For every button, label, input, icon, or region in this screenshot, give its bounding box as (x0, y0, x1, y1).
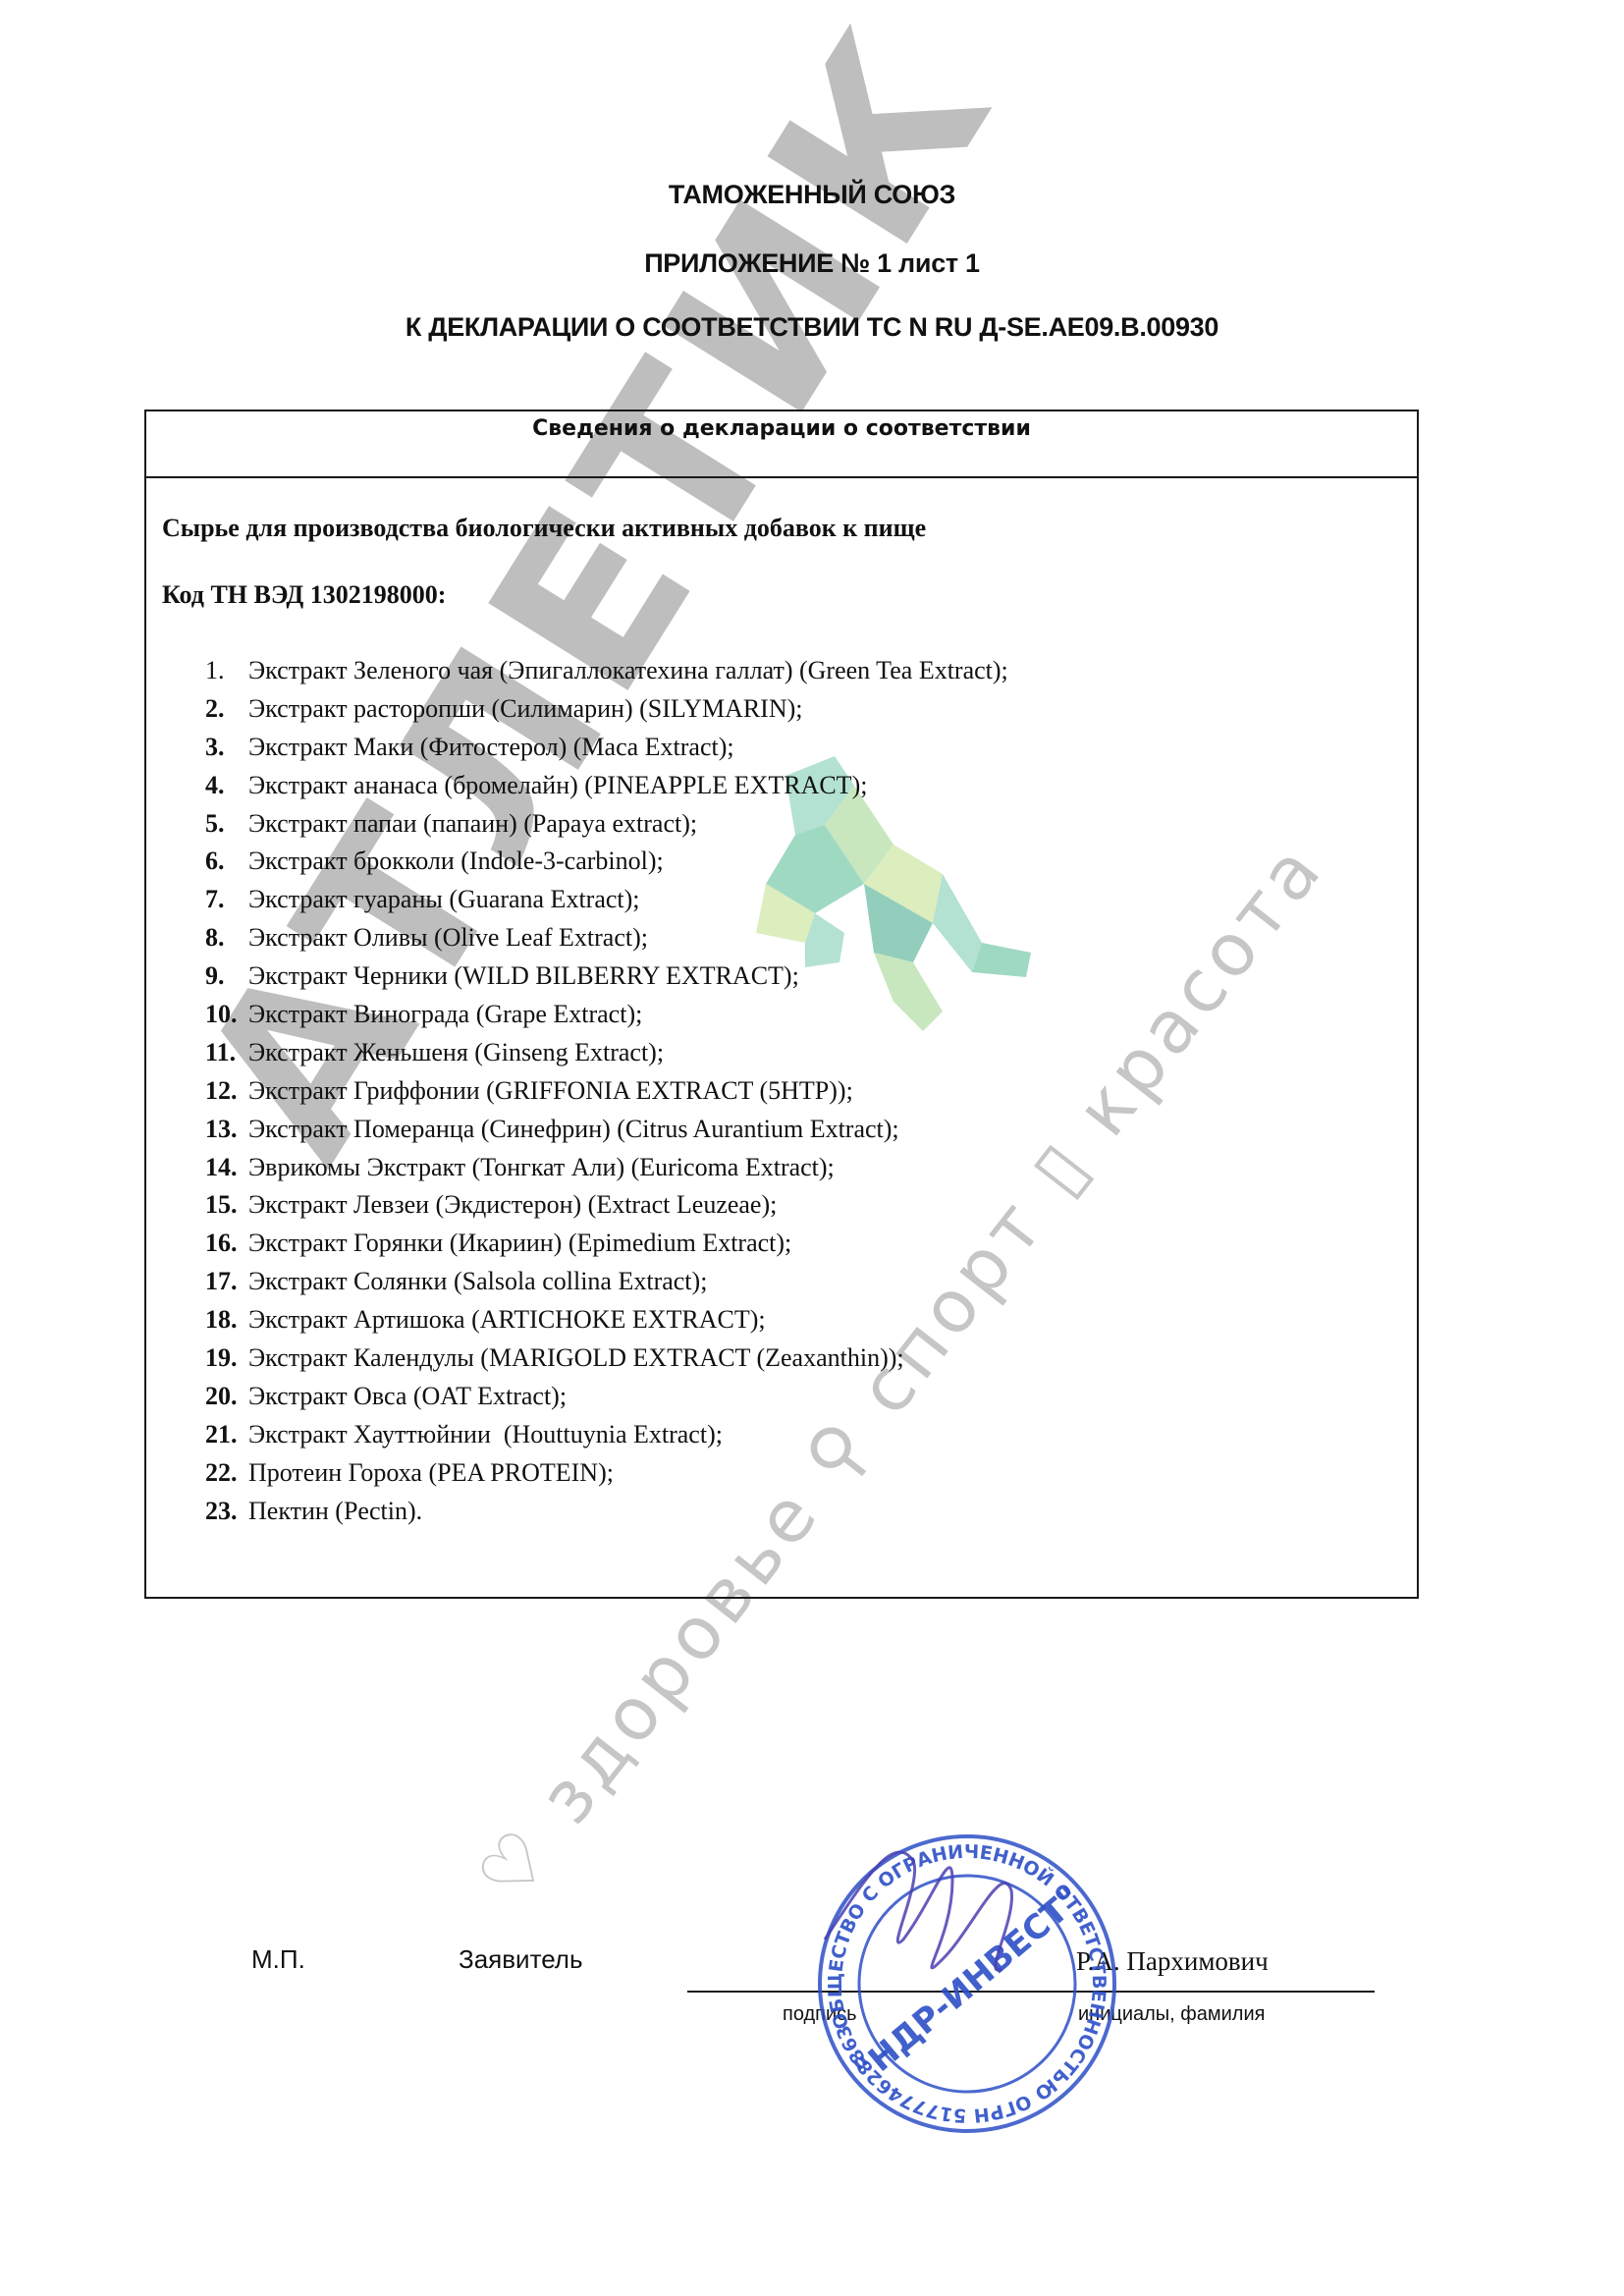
list-item: 2.Экстракт расторопши (Силимарин) (SILYM… (205, 690, 1008, 729)
item-text: Экстракт Гриффонии (GRIFFONIA EXTRACT (5… (248, 1076, 853, 1105)
item-text: Экстракт брокколи (Indole-3-carbinol); (248, 847, 664, 875)
item-number: 1. (205, 652, 248, 690)
item-number: 16. (205, 1225, 248, 1263)
declaration-info-box: Сведения о декларации о соответствии Сыр… (144, 410, 1419, 1599)
item-text: Экстракт Померанца (Синефрин) (Citrus Au… (248, 1115, 899, 1143)
list-item: 4.Экстракт ананаса (бромелайн) (PINEAPPL… (205, 767, 1008, 805)
item-number: 15. (205, 1186, 248, 1225)
list-item: 12.Экстракт Гриффонии (GRIFFONIA EXTRACT… (205, 1072, 1008, 1111)
signer-name: Р.А. Пархимович (1076, 1946, 1269, 1977)
list-item: 13.Экстракт Померанца (Синефрин) (Citrus… (205, 1111, 1008, 1149)
appendix-title: ПРИЛОЖЕНИЕ № 1 лист 1 (0, 248, 1624, 279)
item-number: 19. (205, 1339, 248, 1378)
list-item: 8.Экстракт Оливы (Olive Leaf Extract); (205, 919, 1008, 957)
item-number: 20. (205, 1378, 248, 1416)
item-number: 23. (205, 1493, 248, 1531)
list-item: 15.Экстракт Левзеи (Экдистерон) (Extract… (205, 1186, 1008, 1225)
list-item: 23.Пектин (Pectin). (205, 1493, 1008, 1531)
product-description: Сырье для производства биологически акти… (162, 514, 926, 543)
signature-line (687, 1991, 1375, 1993)
item-number: 14. (205, 1149, 248, 1187)
product-list: 1.Экстракт Зеленого чая (Эпигаллокатехин… (205, 652, 1008, 1530)
item-text: Экстракт ананаса (бромелайн) (PINEAPPLE … (248, 771, 867, 799)
item-text: Экстракт Левзеи (Экдистерон) (Extract Le… (248, 1190, 777, 1219)
item-text: Экстракт Овса (OAT Extract); (248, 1382, 567, 1410)
box-title: Сведения о декларации о соответствии (146, 411, 1417, 478)
item-text: Экстракт Винограда (Grape Extract); (248, 1000, 642, 1028)
item-text: Экстракт гуараны (Guarana Extract); (248, 885, 640, 913)
list-item: 11.Экстракт Женьшеня (Ginseng Extract); (205, 1034, 1008, 1072)
item-text: Экстракт Календулы (MARIGOLD EXTRACT (Ze… (248, 1343, 904, 1372)
item-number: 9. (205, 957, 248, 996)
list-item: 7.Экстракт гуараны (Guarana Extract); (205, 881, 1008, 919)
list-item: 14.Эврикомы Экстракт (Тонгкат Али) (Euri… (205, 1149, 1008, 1187)
applicant-label: Заявитель (459, 1944, 583, 1975)
item-number: 12. (205, 1072, 248, 1111)
list-item: 16.Экстракт Горянки (Икариин) (Epimedium… (205, 1225, 1008, 1263)
handwritten-signature-icon (825, 1852, 1011, 1970)
item-number: 18. (205, 1301, 248, 1339)
item-text: Экстракт Хауттюйнии (Houttuynia Extract)… (248, 1420, 723, 1449)
list-item: 18.Экстракт Артишока (ARTICHOKE EXTRACT)… (205, 1301, 1008, 1339)
item-text: Эврикомы Экстракт (Тонгкат Али) (Euricom… (248, 1153, 835, 1181)
item-number: 3. (205, 729, 248, 767)
company-stamp-icon: ОБЩЕСТВО С ОГРАНИЧЕННОЙ ОТВЕТСТВЕННОСТЬЮ… (805, 1822, 1129, 2146)
list-item: 1.Экстракт Зеленого чая (Эпигаллокатехин… (205, 652, 1008, 690)
list-item: 10.Экстракт Винограда (Grape Extract); (205, 996, 1008, 1034)
list-item: 5.Экстракт папаи (папаин) (Papaya extrac… (205, 805, 1008, 844)
list-item: 21.Экстракт Хауттюйнии (Houttuynia Extra… (205, 1416, 1008, 1454)
item-text: Экстракт Черники (WILD BILBERRY EXTRACT)… (248, 961, 799, 990)
item-text: Экстракт Артишока (ARTICHOKE EXTRACT); (248, 1305, 766, 1334)
declaration-number: К ДЕКЛАРАЦИИ О СООТВЕТСТВИИ ТС N RU Д-SE… (0, 312, 1624, 343)
item-text: Экстракт расторопши (Силимарин) (SILYMAR… (248, 694, 803, 723)
list-item: 3.Экстракт Маки (Фитостерол) (Maca Extra… (205, 729, 1008, 767)
item-number: 8. (205, 919, 248, 957)
list-item: 6.Экстракт брокколи (Indole-3-carbinol); (205, 843, 1008, 881)
item-text: Экстракт папаи (папаин) (Papaya extract)… (248, 809, 697, 838)
document-union-title: ТАМОЖЕННЫЙ СОЮЗ (0, 180, 1624, 210)
tnved-code: Код ТН ВЭД 1302198000: (162, 580, 446, 610)
signature-caption: подпись (783, 2003, 857, 2026)
item-number: 22. (205, 1454, 248, 1493)
item-number: 2. (205, 690, 248, 729)
stamp-outer-text: ОБЩЕСТВО С ОГРАНИЧЕННОЙ ОТВЕТСТВЕННОСТЬЮ… (805, 1822, 1129, 2146)
list-item: 19.Экстракт Календулы (MARIGOLD EXTRACT … (205, 1339, 1008, 1378)
item-text: Протеин Гороха (PEA PROTEIN); (248, 1458, 614, 1487)
item-number: 13. (205, 1111, 248, 1149)
item-number: 4. (205, 767, 248, 805)
item-number: 11. (205, 1034, 248, 1072)
list-item: 22.Протеин Гороха (PEA PROTEIN); (205, 1454, 1008, 1493)
name-caption: инициалы, фамилия (1078, 2003, 1265, 2026)
item-number: 21. (205, 1416, 248, 1454)
item-number: 10. (205, 996, 248, 1034)
item-number: 5. (205, 805, 248, 844)
item-text: Экстракт Горянки (Икариин) (Epimedium Ex… (248, 1229, 791, 1257)
stamp-center-text: "НДР-ИНВЕСТ" (847, 1880, 1089, 2091)
svg-text:ОБЩЕСТВО С ОГРАНИЧЕННОЙ ОТВЕТС: ОБЩЕСТВО С ОГРАНИЧЕННОЙ ОТВЕТСТВЕННОСТЬЮ… (805, 1822, 1129, 2146)
list-item: 17.Экстракт Солянки (Salsola collina Ext… (205, 1263, 1008, 1301)
item-text: Экстракт Женьшеня (Ginseng Extract); (248, 1038, 664, 1066)
item-text: Экстракт Зеленого чая (Эпигаллокатехина … (248, 656, 1008, 684)
item-text: Экстракт Солянки (Salsola collina Extrac… (248, 1267, 707, 1295)
list-item: 20.Экстракт Овса (OAT Extract); (205, 1378, 1008, 1416)
item-number: 7. (205, 881, 248, 919)
item-number: 6. (205, 843, 248, 881)
item-number: 17. (205, 1263, 248, 1301)
item-text: Пектин (Pectin). (248, 1497, 422, 1525)
list-item: 9.Экстракт Черники (WILD BILBERRY EXTRAC… (205, 957, 1008, 996)
seal-place-label: М.П. (251, 1944, 305, 1975)
item-text: Экстракт Оливы (Olive Leaf Extract); (248, 923, 648, 952)
item-text: Экстракт Маки (Фитостерол) (Maca Extract… (248, 733, 734, 761)
